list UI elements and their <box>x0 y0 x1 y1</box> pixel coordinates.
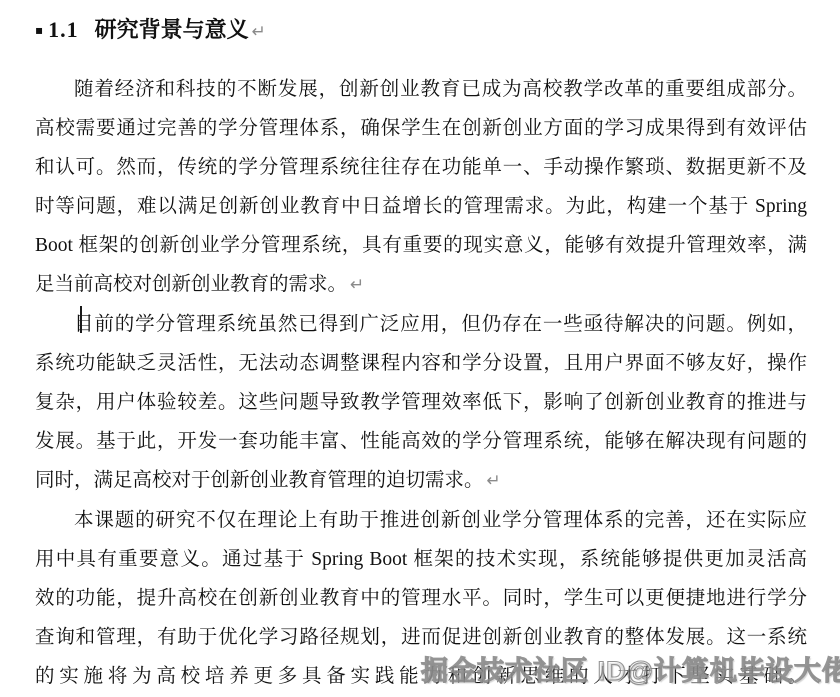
text-line: 本课题的研究不仅在理论上有助于推进创新创业学分管理体系的完善，还在实际应 <box>35 501 807 540</box>
text-line: 效的功能，提升高校在创新创业教育中的管理水平。同时，学生可以更便捷地进行学分 <box>35 579 807 618</box>
heading-outline-marker-icon: ▪ <box>35 23 43 37</box>
document-page[interactable]: ▪1.1研究背景与意义↵ 随着经济和科技的不断发展，创新创业教育已成为高校教学改… <box>0 0 840 697</box>
paragraph-mark-icon: ↵ <box>252 22 266 42</box>
text-line: 同时，满足高校对于创新创业教育管理的迫切需求。↵ <box>35 461 807 501</box>
text-line: 的实施将为高校培养更多具备实践能力和创新思维的人才打下坚实基础。 <box>35 657 807 696</box>
text-cursor <box>80 306 82 333</box>
text-line: 查询和管理，有助于优化学习路径规划，进而促进创新创业教育的整体发展。这一系统 <box>35 618 807 657</box>
paragraph: 目前的学分管理系统虽然已得到广泛应用，但仍存在一些亟待解决的问题。例如，系统功能… <box>35 305 807 501</box>
text-line: 时等问题，难以满足创新创业教育中日益增长的管理需求。为此，构建一个基于 Spri… <box>35 187 807 226</box>
text-line: 随着经济和科技的不断发展，创新创业教育已成为高校教学改革的重要组成部分。 <box>35 70 807 109</box>
paragraph: 本课题的研究不仅在理论上有助于推进创新创业学分管理体系的完善，还在实际应用中具有… <box>35 501 807 696</box>
text-line: 发展。基于此，开发一套功能丰富、性能高效的学分管理系统，能够在解决现有问题的 <box>35 422 807 461</box>
heading-title: 研究背景与意义 <box>95 17 249 42</box>
text-line: 足当前高校对创新创业教育的需求。↵ <box>35 265 807 305</box>
text-line: 用中具有重要意义。通过基于 Spring Boot 框架的技术实现，系统能够提供… <box>35 540 807 579</box>
text-line: 系统功能缺乏灵活性，无法动态调整课程内容和学分设置，且用户界面不够友好，操作 <box>35 344 807 383</box>
document-body[interactable]: 随着经济和科技的不断发展，创新创业教育已成为高校教学改革的重要组成部分。高校需要… <box>35 70 807 696</box>
text-line: 高校需要通过完善的学分管理体系，确保学生在创新创业方面的学习成果得到有效评估 <box>35 109 807 148</box>
heading-number: 1.1 <box>48 17 79 42</box>
text-line: 复杂，用户体验较差。这些问题导致教学管理效率低下，影响了创新创业教育的推进与 <box>35 383 807 422</box>
paragraph: 随着经济和科技的不断发展，创新创业教育已成为高校教学改革的重要组成部分。高校需要… <box>35 70 807 305</box>
section-heading: ▪1.1研究背景与意义↵ <box>35 14 805 48</box>
text-line: Boot 框架的创新创业学分管理系统，具有重要的现实意义，能够有效提升管理效率，… <box>35 226 807 265</box>
paragraph-mark-icon: ↵ <box>350 275 364 295</box>
text-line: 目前的学分管理系统虽然已得到广泛应用，但仍存在一些亟待解决的问题。例如， <box>35 305 807 344</box>
paragraph-mark-icon: ↵ <box>487 471 501 491</box>
text-line: 和认可。然而，传统的学分管理系统往往存在功能单一、手动操作繁琐、数据更新不及 <box>35 148 807 187</box>
